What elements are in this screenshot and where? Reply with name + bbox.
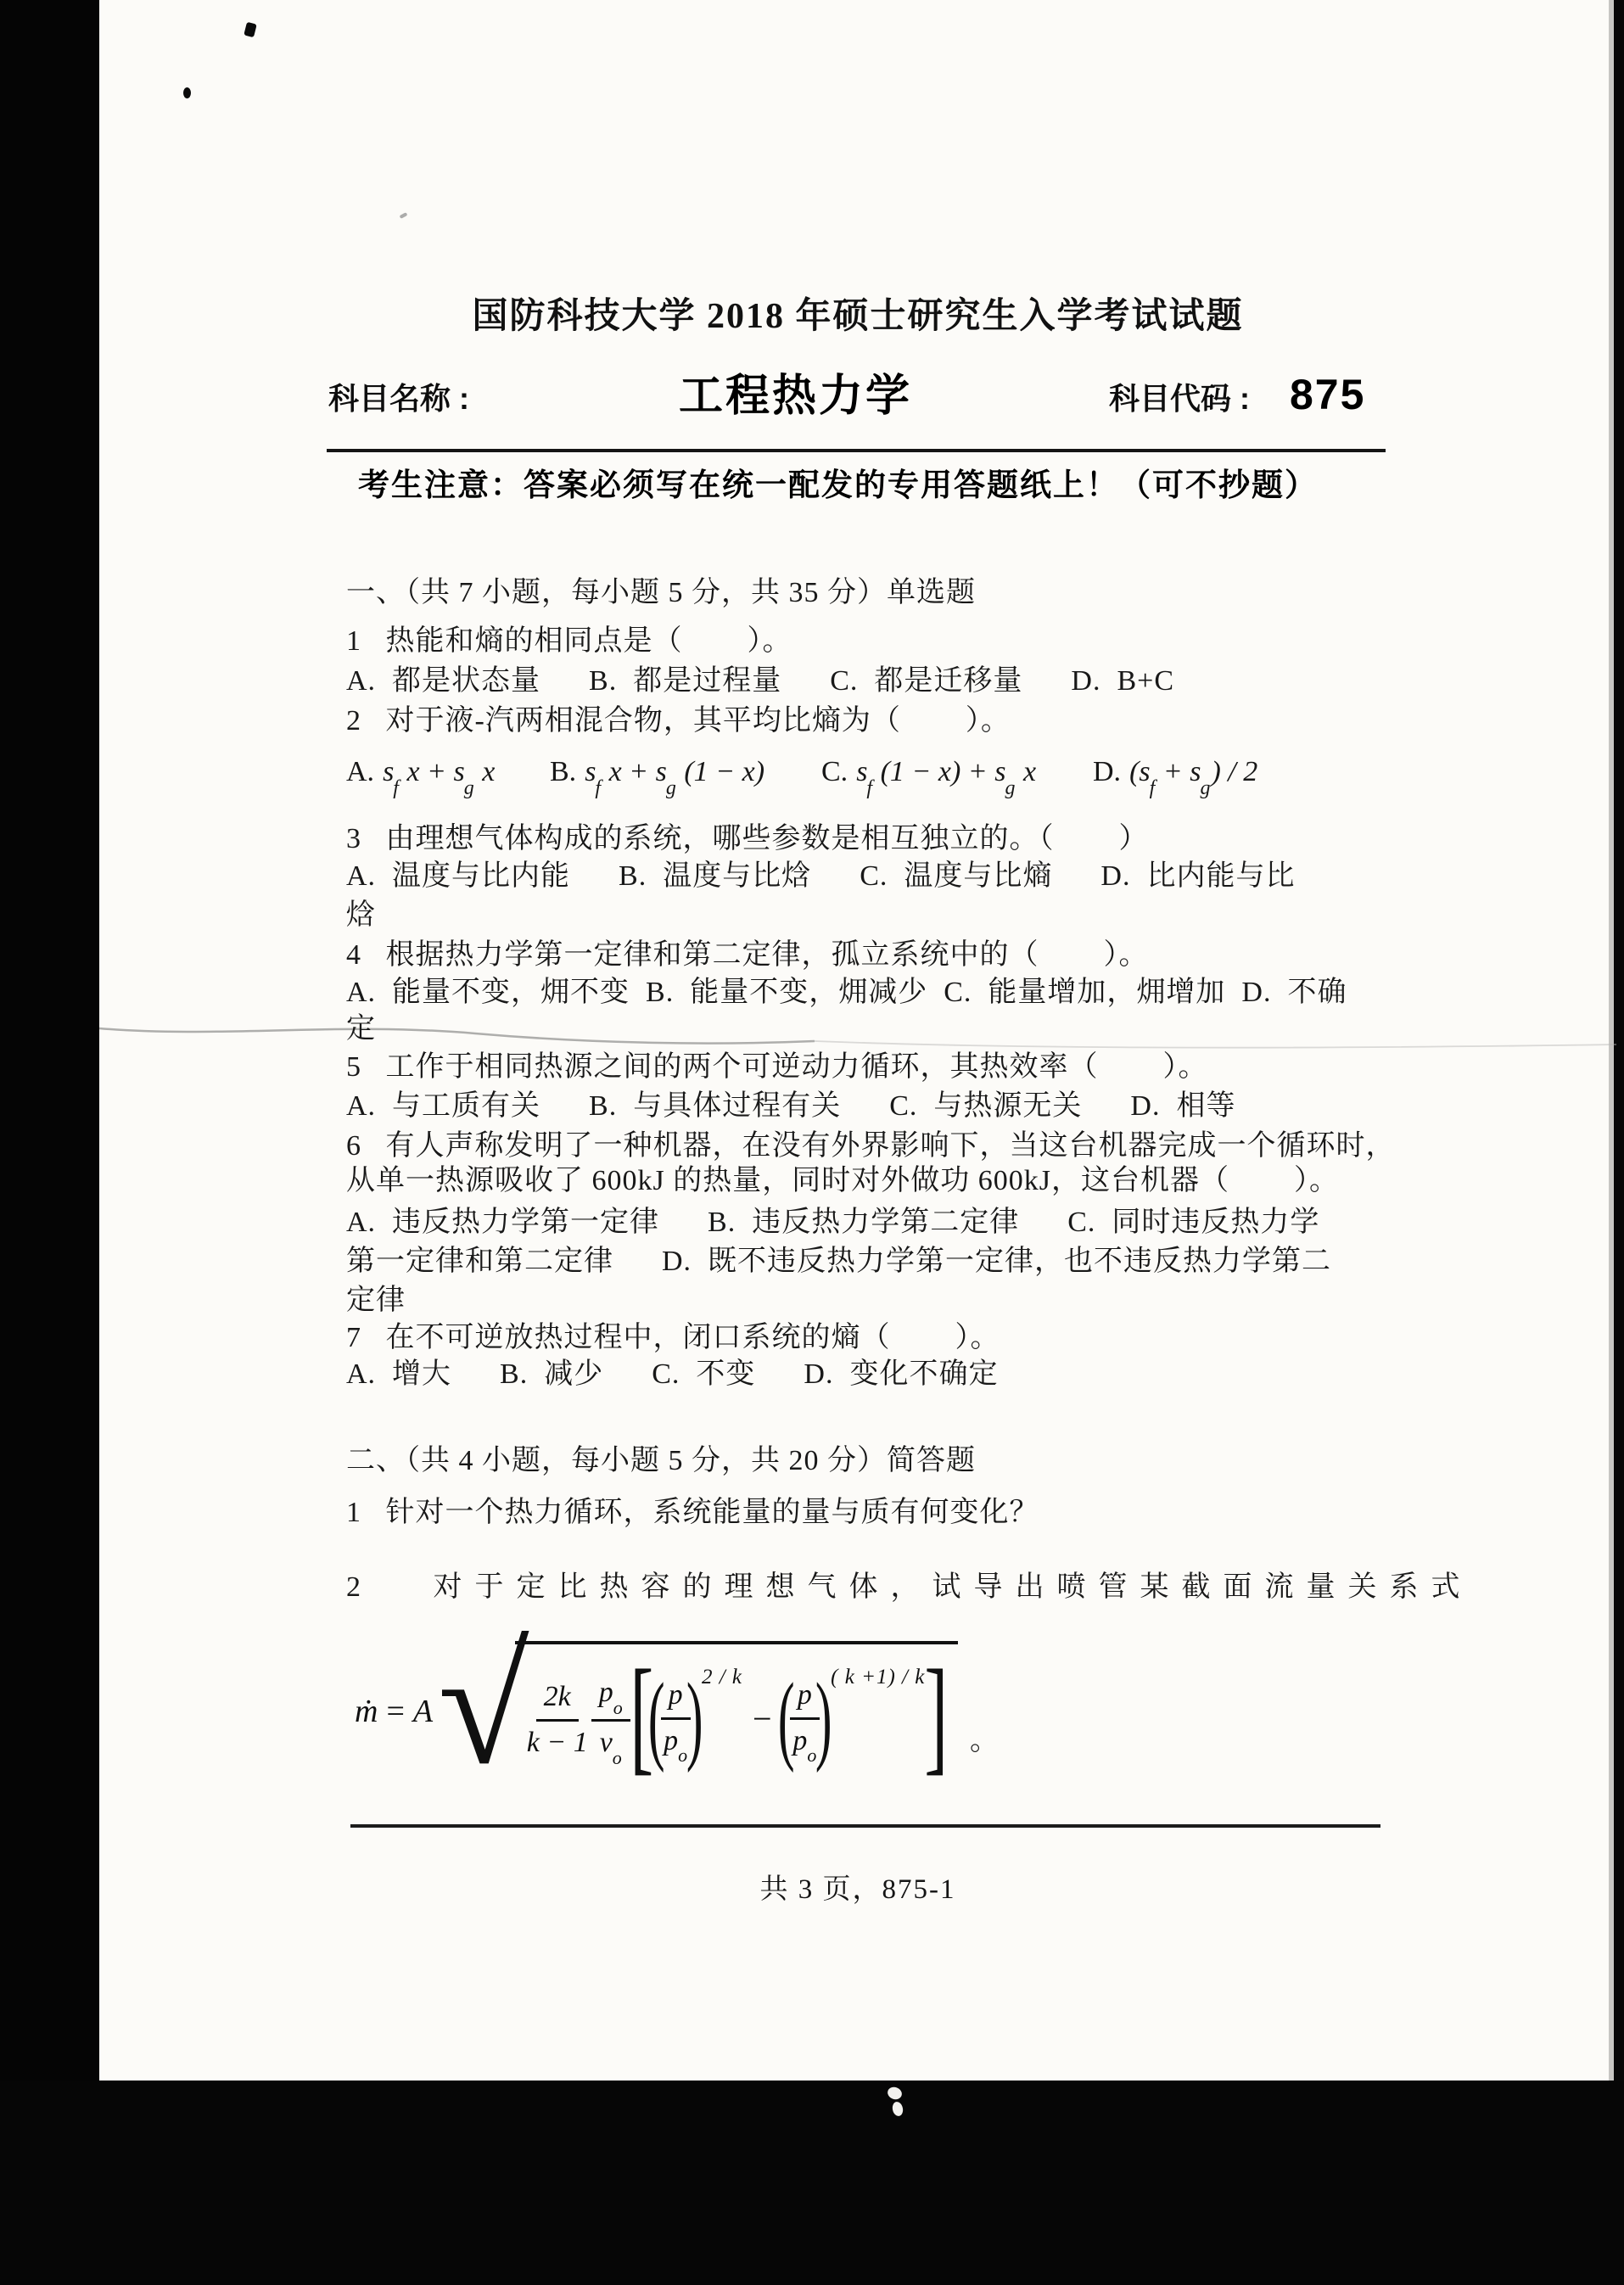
sec2-q1: 1 针对一个热力循环，系统能量的量与质有何变化？ [346,1495,1039,1532]
q5-options: A. 与工质有关 B. 与具体过程有关 C. 与热源无关 D. 相等 [346,1089,1235,1125]
q3-options: A. 温度与比内能 B. 温度与比焓 C. 温度与比熵 D. 比内能与比 [346,859,1295,895]
right-bracket: ] [925,1650,949,1779]
candidate-notice: 考生注意：答案必须写在统一配发的专用答题纸上！（可不抄题） [358,468,1318,504]
q6-options-line3: 定律 [346,1283,406,1319]
q6-stem-line2: 从单一热源吸收了 600kJ 的热量，同时对外做功 600kJ，这台机器（ ）。 [346,1163,1339,1200]
ink-speck [183,87,191,98]
exponent-k-plus-1-over-k: ( k +1) / k [831,1666,925,1689]
page-footer: 共 3 页，875-1 [99,1873,1616,1907]
pressure-ratio-term-1: ( p po ) 2 / k [652,1668,742,1768]
q6-options-line1: A. 违反热力学第一定律 B. 违反热力学第二定律 C. 同时违反热力学 [346,1205,1319,1241]
header-underline [327,449,1386,452]
q6-options-line2: 第一定律和第二定律 D. 既不违反热力学第一定律，也不违反热力学第二 [346,1244,1331,1280]
subject-code-value: 875 [1290,373,1365,416]
mass-flow-formula: ṁ = A √ 2k k − 1 po vo [ ( p po [355,1631,999,1792]
q3-options-continuation: 焓 [346,898,376,934]
subject-code-label: 科目代码 : [1109,384,1250,414]
subject-name: 工程热力学 [679,374,912,418]
pressure-ratio-term-2: ( p po ) ( k +1) / k [782,1668,926,1768]
q7-options: A. 增大 B. 减少 C. 不变 D. 变化不确定 [346,1357,998,1393]
q7-stem: 7 在不可逆放热过程中，闭口系统的熵（ ）。 [346,1320,1000,1357]
subject-label: 科目名称 : [328,384,469,414]
section2-heading: 二、（共 4 小题，每小题 5 分，共 20 分）简答题 [346,1443,976,1480]
scan-bottom-black-band [0,2081,1624,2285]
square-root: √ 2k k − 1 po vo [ ( p po ) [438,1641,958,1782]
minus-sign: − [753,1699,772,1739]
page-title: 国防科技大学 2018 年硕士研究生入学考试试题 [99,295,1616,338]
formula-period: 。 [970,1717,999,1758]
radical-sign: √ [438,1643,529,1773]
footer-rule-line [350,1824,1380,1828]
q2-stem: 2 对于液-汽两相混合物，其平均比熵为（ ）。 [346,703,1011,740]
q2-option-a: A.sf x + sg x [346,755,495,794]
q4-options: A. 能量不变，㶲不变 B. 能量不变，㶲减少 C. 能量增加，㶲增加 D. 不… [346,975,1347,1011]
section1-heading: 一、（共 7 小题，每小题 5 分，共 35 分）单选题 [346,575,976,612]
q2-option-d: D.(sf + sg) / 2 [1093,755,1257,794]
fraction-p0-over-v0: po vo [591,1673,630,1763]
q4-stem: 4 根据热力学第一定律和第二定律，孤立系统中的（ ）。 [346,938,1149,974]
q6-stem-line1: 6 有人声称发明了一种机器，在没有外界影响下，当这台机器完成一个循环时， [346,1128,1396,1165]
q2-option-b: B.sf x + sg (1 − x) [550,755,764,794]
q5-stem: 5 工作于相同热源之间的两个可逆动力循环，其热效率（ ）。 [346,1050,1208,1086]
q1-options: A. 都是状态量 B. 都是过程量 C. 都是迁移量 D. B+C [346,664,1174,700]
exponent-2-over-k: 2 / k [702,1666,742,1689]
scanned-exam-page: 国防科技大学 2018 年硕士研究生入学考试试题 科目名称 : 工程热力学 科目… [0,0,1624,2285]
q1-stem: 1 热能和熵的相同点是（ ）。 [346,624,792,660]
q2-option-c: C.sf (1 − x) + sg x [821,755,1036,794]
sec2-q2: 2 对于定比热容的理想气体，试导出喷管某截面流量关系式 [346,1570,1473,1606]
formula-lhs: ṁ = A [355,1693,433,1730]
fraction-2k-over-k-minus-1: 2k k − 1 [527,1677,588,1759]
scan-left-black-band [0,0,99,2285]
q3-stem: 3 由理想气体构成的系统，哪些参数是相互独立的。（ ） [346,821,1149,858]
q4-options-continuation: 定 [346,1011,376,1048]
